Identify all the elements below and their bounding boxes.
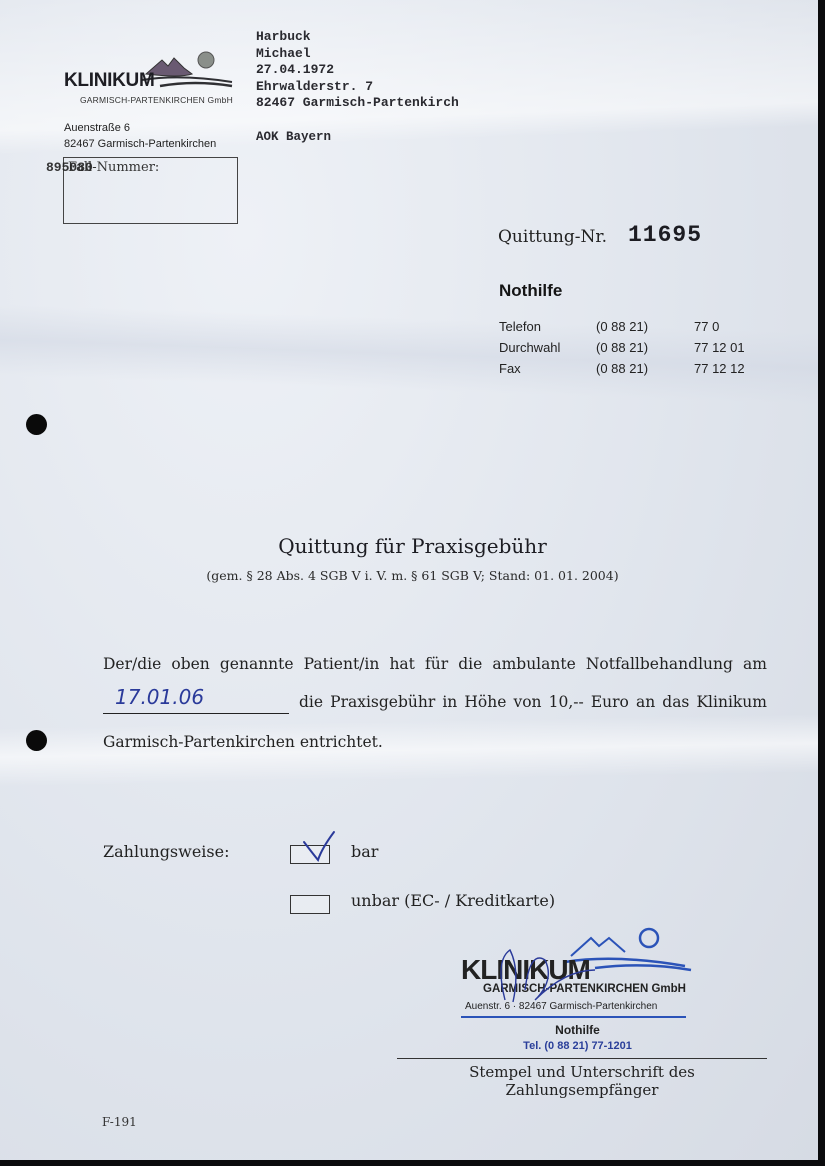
- emergency-contacts: Telefon (0 88 21) 77 0 Durchwahl (0 88 2…: [499, 316, 745, 379]
- option-card-label: unbar (EC- / Kreditkarte): [351, 891, 555, 910]
- statement-word: hat: [389, 655, 414, 673]
- clinic-city: 82467 Garmisch-Partenkirchen: [64, 136, 216, 152]
- logo-wordmark: KLINIKUM: [64, 70, 154, 92]
- contact-number: 77 0: [694, 316, 719, 337]
- stamp-department: Nothilfe: [455, 1023, 700, 1037]
- statement-word: Praxisgebühr: [330, 693, 435, 714]
- statement-word: Der/die: [103, 655, 161, 673]
- statement-word: 10,--: [549, 693, 584, 714]
- clinic-stamp: KLINIKUM GARMISCH-PARTENKIRCHEN GmbH Aue…: [455, 920, 700, 1055]
- statement-word: am: [743, 655, 767, 673]
- signature-line: [397, 1058, 767, 1059]
- checkbox-card[interactable]: [290, 895, 330, 914]
- signature-scribble-icon: [475, 940, 615, 1010]
- insurer-name: AOK Bayern: [256, 130, 331, 144]
- contact-area-code: (0 88 21): [596, 337, 694, 358]
- punch-hole: [26, 730, 47, 751]
- statement-word: von: [513, 693, 541, 714]
- statement-word: das: [662, 693, 689, 714]
- legal-reference: (gem. § 28 Abs. 4 SGB V i. V. m. § 61 SG…: [0, 568, 825, 583]
- receipt-number-label: Quittung-Nr.: [498, 227, 607, 247]
- checkmark-icon: [296, 828, 336, 868]
- statement-word: Klinikum: [696, 693, 767, 714]
- contact-area-code: (0 88 21): [596, 316, 694, 337]
- contact-area-code: (0 88 21): [596, 358, 694, 379]
- patient-birth-date: 27.04.1972: [256, 62, 459, 79]
- contact-row-fax: Fax (0 88 21) 77 12 12: [499, 358, 745, 379]
- punch-hole: [26, 414, 47, 435]
- treatment-date-handwritten: 17.01.06: [115, 685, 204, 709]
- form-id: F-191: [102, 1115, 137, 1129]
- statement-line-2-text: diePraxisgebührinHöhevon10,--EuroandasKl…: [299, 693, 767, 714]
- contact-label: Fax: [499, 358, 596, 379]
- payment-method-label: Zahlungsweise:: [103, 842, 230, 861]
- stamp-divider: [461, 1016, 686, 1018]
- clinic-street: Auenstraße 6: [64, 120, 216, 136]
- statement-line-3: Garmisch-Partenkirchen entrichtet.: [103, 733, 767, 751]
- statement-word: genannte: [220, 655, 294, 673]
- statement-word: Euro: [591, 693, 629, 714]
- statement-word: die: [458, 655, 482, 673]
- contact-label: Telefon: [499, 316, 596, 337]
- document-title: Quittung für Praxisgebühr: [0, 534, 825, 558]
- logo-subtitle: GARMISCH-PARTENKIRCHEN GmbH: [80, 95, 233, 105]
- statement-word: Notfallbehandlung: [586, 655, 733, 673]
- statement-word: an: [636, 693, 655, 714]
- statement-word: die: [299, 693, 323, 714]
- patient-block: Harbuck Michael 27.04.1972 Ehrwalderstr.…: [256, 29, 459, 112]
- patient-last-name: Harbuck: [256, 29, 459, 46]
- statement-word: für: [425, 655, 448, 673]
- patient-first-name: Michael: [256, 46, 459, 63]
- treatment-date-field[interactable]: 17.01.06: [103, 693, 289, 714]
- stamp-phone: Tel. (0 88 21) 77-1201: [455, 1040, 700, 1052]
- statement-word: oben: [171, 655, 209, 673]
- statement-line-1: Der/dieobengenanntePatient/inhatfürdieam…: [103, 655, 767, 673]
- statement-word: in: [442, 693, 457, 714]
- contact-label: Durchwahl: [499, 337, 596, 358]
- receipt-paper: KLINIKUM GARMISCH-PARTENKIRCHEN GmbH Aue…: [0, 0, 818, 1160]
- contact-number: 77 12 12: [694, 358, 745, 379]
- option-cash-label: bar: [351, 842, 378, 861]
- patient-city: 82467 Garmisch-Partenkirch: [256, 95, 459, 112]
- statement-word: Patient/in: [304, 655, 380, 673]
- signature-label: Stempel und Unterschrift des Zahlungsemp…: [397, 1063, 767, 1099]
- statement-line-2: 17.01.06 diePraxisgebührinHöhevon10,--Eu…: [103, 693, 767, 714]
- receipt-number: 11695: [628, 222, 702, 248]
- patient-street: Ehrwalderstr. 7: [256, 79, 459, 96]
- case-number-value: 895080: [46, 160, 93, 175]
- statement-word: ambulante: [492, 655, 575, 673]
- contact-row-direct: Durchwahl (0 88 21) 77 12 01: [499, 337, 745, 358]
- contact-number: 77 12 01: [694, 337, 745, 358]
- statement-word: Höhe: [464, 693, 506, 714]
- clinic-address: Auenstraße 6 82467 Garmisch-Partenkirche…: [64, 120, 216, 152]
- contact-row-phone: Telefon (0 88 21) 77 0: [499, 316, 745, 337]
- emergency-title: Nothilfe: [499, 281, 562, 301]
